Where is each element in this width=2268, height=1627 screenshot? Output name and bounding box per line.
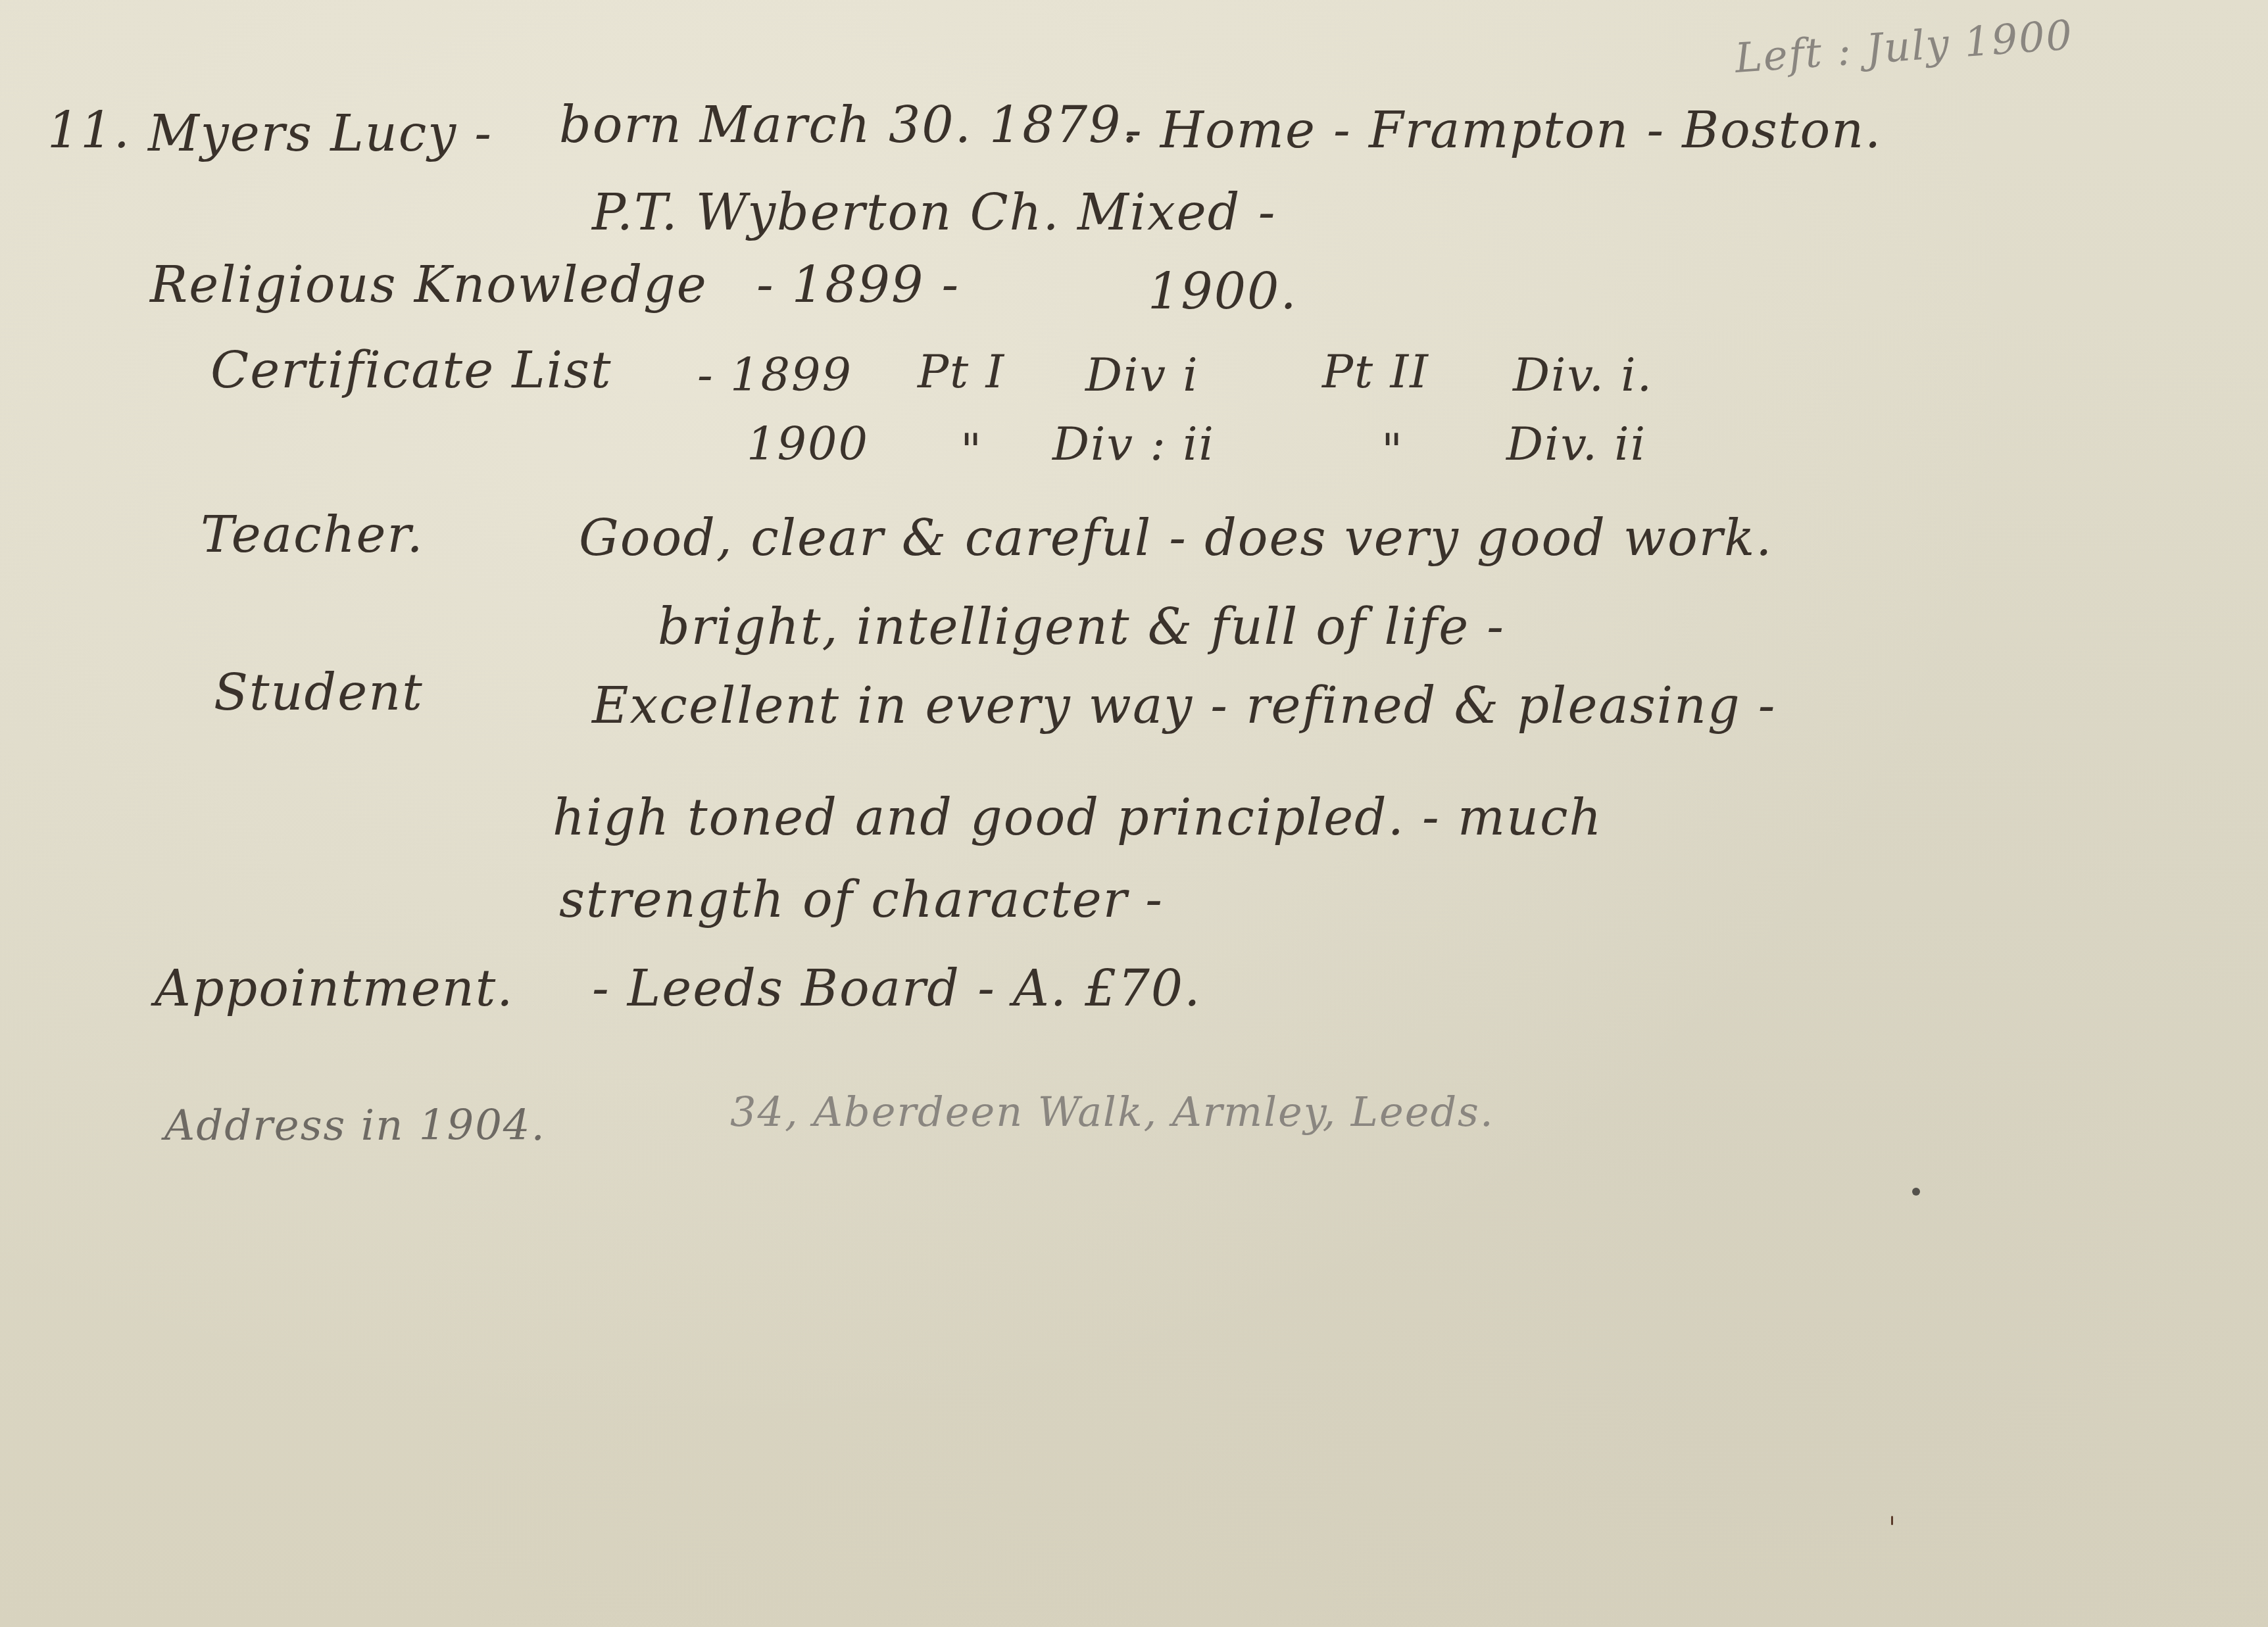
entry-born: born March 30. 1879. (559, 100, 1139, 150)
entry-home: - Home - Frampton - Boston. (1125, 105, 1882, 155)
left-date-annotation: Left : July 1900 (1734, 14, 2075, 79)
cert-row2-div2: Div. ii (1506, 421, 1646, 467)
cert-row1-part1: Pt I (918, 349, 1005, 395)
address-label: Address in 1904. (164, 1105, 546, 1147)
cert-row1-part2: Pt II (1322, 349, 1429, 395)
appointment-detail: - Leeds Board - A. £70. (592, 963, 1201, 1013)
teacher-comment-line2: bright, intelligent & full of life - (658, 602, 1505, 652)
religious-knowledge-1900: 1900. (1148, 266, 1298, 316)
cert-row2-div1: Div : ii (1052, 421, 1215, 467)
cert-row2-part1: " (960, 427, 983, 474)
document-page: Left : July 1900 11. Myers Lucy - born M… (0, 0, 2268, 1627)
appointment-label: Appointment. (155, 963, 514, 1013)
teacher-label: Teacher. (201, 510, 424, 560)
student-comment-line1: Excellent in every way - refined & pleas… (592, 681, 1776, 731)
teacher-comment-line1: Good, clear & careful - does very good w… (579, 513, 1773, 563)
entry-school: P.T. Wyberton Ch. Mixed - (592, 187, 1276, 237)
religious-knowledge-label: Religious Knowledge (150, 260, 708, 310)
certificate-list-label: Certificate List (210, 345, 612, 395)
cert-row2-year: 1900 (747, 421, 869, 467)
cert-row2-part2: " (1381, 427, 1404, 474)
student-comment-line3: strength of character - (559, 875, 1164, 925)
address-detail: 34, Aberdeen Walk, Armley, Leeds. (730, 1092, 1494, 1132)
ink-spot (1912, 1188, 1920, 1196)
cert-row1-div1: Div i (1085, 352, 1199, 398)
paper-speck (1891, 1516, 1893, 1525)
cert-row1-div2: Div. i. (1513, 352, 1653, 398)
religious-knowledge-1899: - 1899 - (756, 260, 960, 310)
entry-name: Myers Lucy - (148, 109, 493, 158)
student-comment-line2: high toned and good principled. - much (553, 792, 1602, 842)
cert-row1-year: - 1899 (697, 352, 852, 398)
entry-number: 11. (47, 105, 131, 155)
student-label: Student (214, 668, 424, 717)
